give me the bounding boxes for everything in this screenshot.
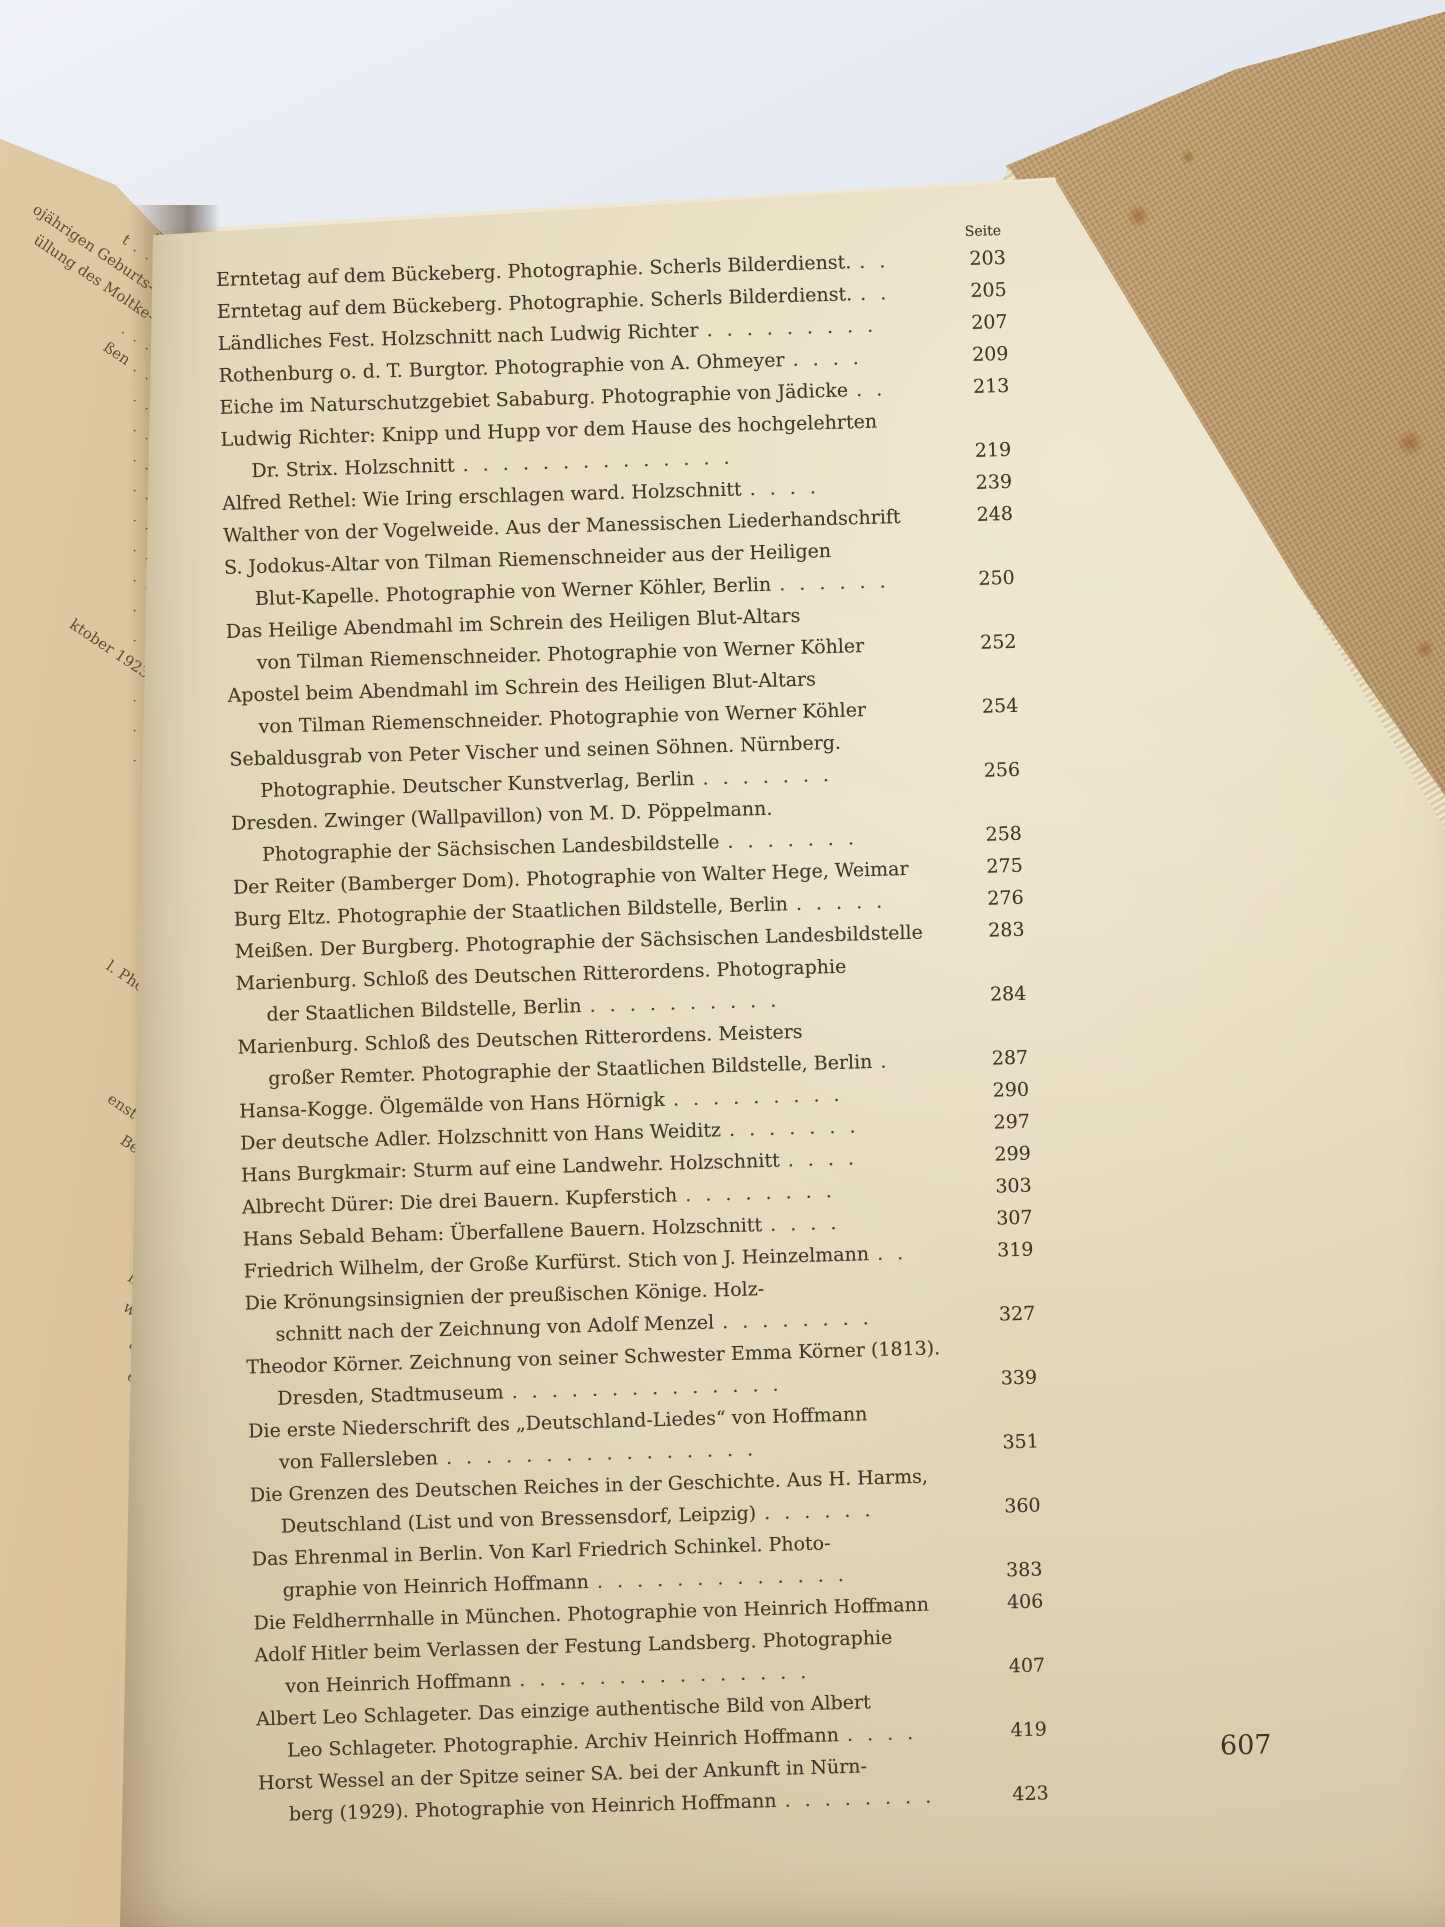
toc-page-number: 303 (977, 1170, 1032, 1203)
toc-page-number: 283 (970, 914, 1025, 947)
toc-page-number: 275 (968, 850, 1023, 883)
toc-line-text: Dr. Strix. Holzschnitt (251, 454, 455, 482)
dot-leader: . . . . . . . . (677, 1180, 836, 1206)
foxing-spot (1395, 430, 1425, 456)
toc-page-number: 423 (994, 1777, 1049, 1810)
dot-leader: . . (848, 378, 887, 401)
dot-leader: . . (851, 250, 890, 273)
toc-page-number: 207 (953, 306, 1008, 339)
toc-page-number: 351 (984, 1425, 1039, 1458)
dot-leader: . . . . . . . . . . . . . . (454, 447, 734, 477)
toc-page-number: 307 (978, 1202, 1033, 1235)
dot-leader: . . . . . . . . . . . . . . (503, 1374, 783, 1404)
dot-leader: . . . . . . . (721, 1115, 860, 1141)
toc-page-number: 419 (992, 1713, 1047, 1746)
toc-page-number: 299 (976, 1138, 1031, 1171)
toc-page-number: 254 (964, 690, 1019, 723)
toc-page-number: 327 (981, 1298, 1036, 1331)
toc-line-text: von Fallersleben (279, 1447, 438, 1473)
toc-page-number: 407 (991, 1649, 1046, 1682)
toc-page-number: 248 (958, 498, 1013, 531)
dot-leader: . . . . . (788, 891, 887, 916)
foxing-spot (1415, 640, 1435, 658)
toc-line-text: graphie von Heinrich Hoffmann (282, 1571, 589, 1602)
dot-leader: . . . . . . (756, 1499, 875, 1524)
toc-page-number: 284 (972, 978, 1027, 1011)
dot-leader: . . . . (762, 1212, 841, 1236)
dot-leader: . . . . . . . . . (698, 315, 877, 342)
dot-leader: . . . . . . . . . . . . . . . (511, 1661, 811, 1691)
toc-page-number: 203 (951, 242, 1006, 275)
dot-leader: . (872, 1050, 891, 1072)
dot-leader: . . . . (839, 1722, 918, 1746)
toc-entries: Erntetag auf dem Bückeberg. Photographie… (216, 242, 1049, 1831)
toc-page-number: 276 (969, 882, 1024, 915)
dot-leader: . . . . (784, 347, 863, 371)
dot-leader: . . . . . . . . . (665, 1084, 844, 1111)
toc-page-number: 256 (966, 754, 1021, 787)
toc-page-number: 213 (955, 370, 1010, 403)
toc-page-number: 297 (975, 1106, 1030, 1139)
illustration-index: Seite Erntetag auf dem Bückeberg. Photog… (215, 220, 1049, 1831)
toc-page-number: 209 (954, 338, 1009, 371)
toc-page-number: 250 (960, 562, 1015, 595)
dot-leader: . . . . . . . . (714, 1307, 873, 1333)
dot-leader: . . . . . . (771, 570, 890, 595)
toc-page-number: 252 (962, 626, 1017, 659)
foxing-spot (1125, 205, 1151, 227)
toc-line-text: von Heinrich Hoffmann (285, 1669, 512, 1697)
dot-leader: . . . . (779, 1147, 858, 1171)
toc-page-number: 205 (952, 274, 1007, 307)
toc-page-number: 290 (975, 1074, 1030, 1107)
toc-line-text: Dresden, Stadtmuseum (277, 1381, 504, 1409)
toc-page-number: 339 (983, 1361, 1038, 1394)
dot-leader: . . . . . . . (694, 764, 833, 790)
toc-page-number: 258 (967, 818, 1022, 851)
toc-line-text: der Staatlichen Bildstelle, Berlin (266, 995, 582, 1026)
toc-page-number: 319 (979, 1234, 1034, 1267)
dot-leader: . . . . (741, 476, 820, 500)
toc-page-number: 406 (989, 1585, 1044, 1618)
page-folio-number: 607 (1220, 1730, 1272, 1762)
dot-leader: . . . . . . . . . . . . . (589, 1564, 849, 1593)
toc-page-number: 287 (974, 1042, 1029, 1075)
dot-leader: . . . . . . . . (776, 1786, 935, 1812)
dot-leader: . . (869, 1242, 908, 1265)
dot-leader: . . . . . . . . . . . . . . . . (438, 1438, 758, 1469)
dot-leader: . . (852, 282, 891, 305)
dot-leader: . . . . . . . (719, 827, 858, 853)
toc-page-number: 239 (958, 466, 1013, 499)
foxing-spot (1180, 150, 1196, 164)
toc-page-number: 360 (986, 1489, 1041, 1522)
dot-leader: . . . . . . . . . . (581, 990, 780, 1018)
book-photo: Seite t. .534ojährigen Geburts-536üllung… (0, 0, 1445, 1927)
toc-page-number: 383 (988, 1553, 1043, 1586)
toc-page-number: 219 (957, 434, 1012, 467)
